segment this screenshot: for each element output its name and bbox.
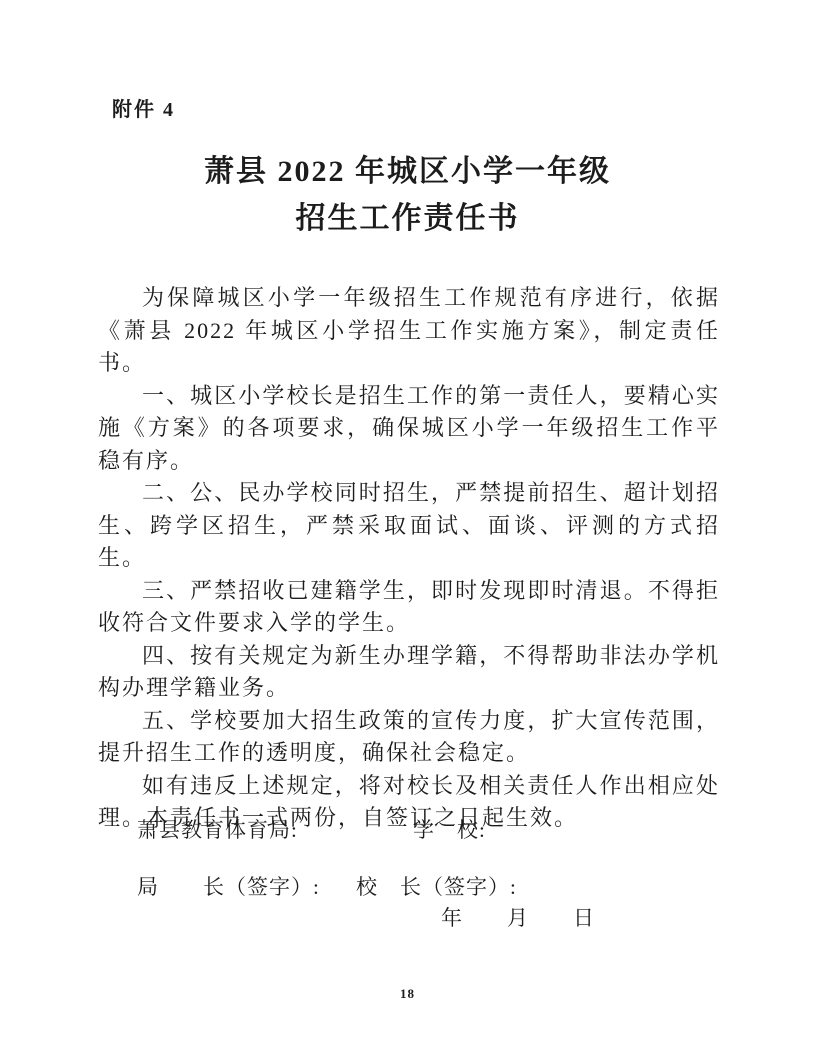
- paragraph-item-5: 五、学校要加大招生政策的宣传力度，扩大宣传范围，提升招生工作的透明度，确保社会稳…: [98, 705, 720, 770]
- page-number: 18: [0, 986, 815, 1002]
- paragraph-item-2: 二、公、民办学校同时招生，严禁提前招生、超计划招生、跨学区招生，严禁采取面试、面…: [98, 477, 720, 575]
- document-body: 为保障城区小学一年级招生工作规范有序进行，依据《萧县 2022 年城区小学招生工…: [98, 282, 720, 835]
- paragraph-item-4: 四、按有关规定为新生办理学籍，不得帮助非法办学机构办理学籍业务。: [98, 640, 720, 705]
- paragraph-intro: 为保障城区小学一年级招生工作规范有序进行，依据《萧县 2022 年城区小学招生工…: [98, 282, 720, 380]
- signature-director-label: 局 长（签字）:: [137, 871, 320, 901]
- signature-principal-label: 校 长（签字）:: [356, 871, 517, 901]
- paragraph-item-1: 一、城区小学校长是招生工作的第一责任人，要精心实施《方案》的各项要求，确保城区小…: [98, 380, 720, 478]
- paragraph-item-3: 三、严禁招收已建籍学生，即时发现即时清退。不得拒收符合文件要求入学的学生。: [98, 575, 720, 640]
- paragraph-closing: 如有违反上述规定，将对校长及相关责任人作出相应处理。本责任书一式两份，自签订之日…: [98, 770, 720, 835]
- document-title: 萧县 2022 年城区小学一年级 招生工作责任书: [0, 148, 815, 242]
- document-page: 附件 4 萧县 2022 年城区小学一年级 招生工作责任书 为保障城区小学一年级…: [0, 0, 815, 1055]
- title-line-1: 萧县 2022 年城区小学一年级: [0, 148, 815, 195]
- title-line-2: 招生工作责任书: [0, 195, 815, 242]
- signature-date-line: 年 月 日: [441, 902, 595, 932]
- attachment-label: 附件 4: [112, 93, 175, 122]
